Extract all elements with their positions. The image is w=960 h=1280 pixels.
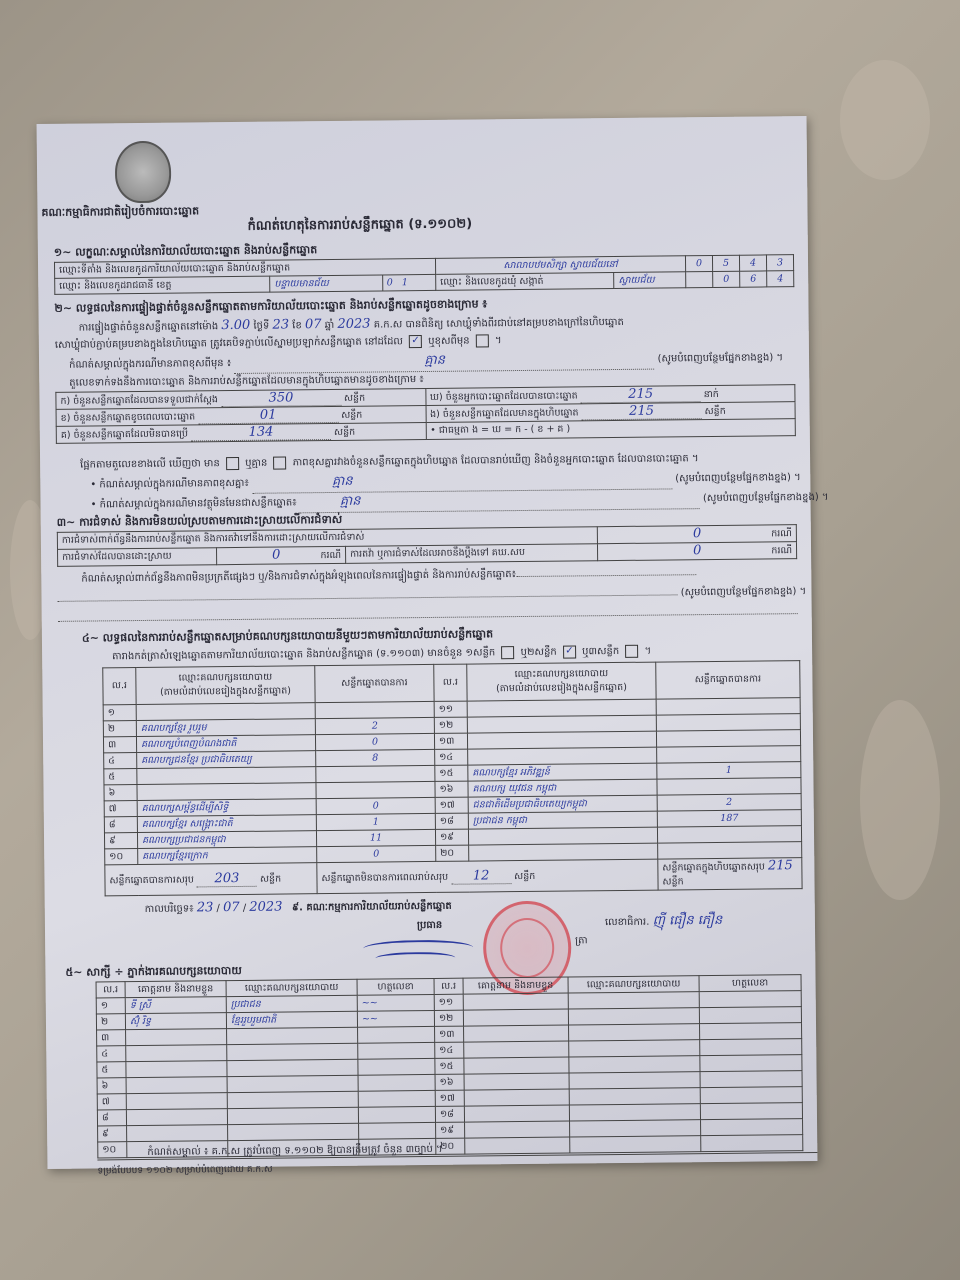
witness-name bbox=[126, 1093, 227, 1110]
row-number: ៨ bbox=[104, 817, 137, 833]
footer-form-line: ទម្រង់បែបបទ ១១០២ សម្រាប់បំពេញដោយ គ.ក.ស bbox=[97, 1164, 272, 1179]
row-number: ៤ bbox=[97, 1046, 126, 1062]
province-code: 0 1 bbox=[382, 274, 436, 291]
two-sheet-checkbox[interactable]: ✓ bbox=[563, 645, 576, 658]
row-number: ៧ bbox=[97, 1094, 126, 1110]
witness-party bbox=[570, 1120, 701, 1137]
province-name: បន្ទាយមានជ័យ bbox=[270, 275, 382, 292]
party-name: គណបក្សជនខ្មែរ ប្រជាធិបតេយ្យ bbox=[137, 751, 316, 769]
row-number: ៥ bbox=[104, 769, 137, 785]
total-valid: សន្លឹកឆ្នោតបានការសរុប 203 សន្លឹក bbox=[105, 863, 317, 896]
irregularity-note: កំណត់សម្គាល់ពាក់ព័ន្ធនឹងភាពមិនប្រក្រតីផ្… bbox=[81, 565, 696, 586]
row-number: ១១ bbox=[434, 701, 467, 717]
comparison-has-checkbox[interactable] bbox=[226, 456, 239, 469]
station-code-digit: 4 bbox=[739, 255, 766, 271]
party-name bbox=[137, 783, 316, 801]
valid-votes: 1 bbox=[316, 813, 435, 830]
valid-votes: 0 bbox=[317, 845, 436, 862]
witness-party bbox=[227, 1091, 358, 1108]
three-sheet-checkbox[interactable] bbox=[625, 644, 638, 657]
wall-stain bbox=[860, 700, 940, 900]
witness-signature bbox=[358, 1074, 435, 1091]
commune-code-digit: 4 bbox=[767, 271, 794, 287]
witness-party bbox=[227, 1043, 358, 1060]
row-number: ១០ bbox=[105, 849, 138, 865]
witness-name bbox=[464, 1073, 569, 1090]
election-form-paper: គណៈកម្មាធិការជាតិរៀបចំការបោះឆ្នោត កំណត់ហ… bbox=[37, 116, 818, 1169]
row-number: ១២ bbox=[434, 717, 467, 733]
party-name: គណបក្សខ្មែរក្រោក bbox=[138, 847, 317, 865]
wall-stain bbox=[840, 60, 930, 180]
one-sheet-checkbox[interactable] bbox=[501, 646, 514, 659]
row-number: ១៨ bbox=[435, 1106, 464, 1122]
count-unused: គ) ចំនួនសន្លឹកឆ្នោតដែលមិនបានប្រើ 134 សន្… bbox=[56, 423, 426, 444]
witness-name bbox=[126, 1109, 227, 1126]
row-number: ១៦ bbox=[435, 781, 468, 797]
row-number: ៥ bbox=[97, 1062, 126, 1078]
verify-day: 23 bbox=[272, 317, 289, 332]
witness-party: ខ្មែររួបរួមជាតិ bbox=[226, 1011, 357, 1028]
seal-same-checkbox[interactable]: ✓ bbox=[409, 335, 422, 348]
objection-resolved-value: 0 bbox=[272, 548, 280, 563]
witness-signature bbox=[700, 1055, 802, 1072]
commune-code-digit: 6 bbox=[740, 271, 767, 287]
witness-party bbox=[568, 992, 699, 1009]
witness-signature bbox=[358, 1106, 435, 1123]
row-number: ១១ bbox=[434, 994, 463, 1010]
party-name: គណបក្ស យុវជន កម្ពុជា bbox=[468, 779, 657, 797]
valid-votes bbox=[657, 778, 801, 796]
party-name: គណបក្សបំពេញបំណងជាតិ bbox=[136, 735, 315, 753]
party-name bbox=[467, 731, 656, 749]
row-number: ១ bbox=[103, 705, 136, 721]
party-name bbox=[467, 699, 656, 717]
objection-resolved-label: ការជំទាស់ដែលបានដោះស្រាយ bbox=[58, 548, 217, 567]
party-name: គណបក្សសម្ព័ន្ធដើម្បីសិទ្ធិ bbox=[137, 799, 316, 817]
witness-name bbox=[465, 1121, 570, 1138]
witness-signature bbox=[701, 1119, 803, 1136]
row-number: ១៤ bbox=[435, 1042, 464, 1058]
witness-signature bbox=[358, 1058, 435, 1075]
objection-total-value: 0 bbox=[693, 526, 701, 541]
witness-signature bbox=[359, 1122, 436, 1139]
note-nonballot-value: គ្មាន bbox=[340, 494, 361, 509]
row-number: ១៩ bbox=[435, 829, 468, 845]
witness-party bbox=[228, 1123, 359, 1140]
note-diff-value: គ្មាន bbox=[332, 474, 353, 489]
valid-votes: 1 bbox=[657, 762, 801, 780]
verify-month: 07 bbox=[305, 317, 322, 332]
witness-signature bbox=[700, 1103, 802, 1120]
province-label: ឈ្មោះ និងលេខកូដរាជធានី ខេត្ត bbox=[55, 276, 270, 294]
commune-label: ឈ្មោះ និងលេខកូដឃុំ សង្កាត់ bbox=[436, 273, 614, 291]
witness-name bbox=[464, 1041, 569, 1058]
witness-signature bbox=[699, 991, 801, 1008]
row-number: ៦ bbox=[104, 785, 137, 801]
seal-line: សោឃ្លុំជាប់ភ្ជាប់គម្របខាងក្នុងនៃហិបឆ្នោត… bbox=[55, 333, 502, 353]
row-number: ២ bbox=[96, 1014, 125, 1030]
row-number: ៩ bbox=[98, 1126, 127, 1142]
form-title: កំណត់ហេតុនៃការរាប់សន្លឹកឆ្នោត (ទ.១១០២) bbox=[248, 216, 473, 237]
seal-mark: ត្រា bbox=[575, 933, 588, 948]
row-number: ១៥ bbox=[435, 765, 468, 781]
station-code-digit: 0 bbox=[685, 255, 712, 271]
witness-name: ទី ស្រី bbox=[125, 997, 226, 1014]
station-code-digit: 3 bbox=[766, 255, 793, 271]
party-name: ជនជាតិដើមប្រជាធិបតេយ្យកម្ពុជា bbox=[468, 795, 657, 813]
row-number: ៣ bbox=[97, 1030, 126, 1046]
party-name bbox=[469, 843, 658, 861]
row-number: ២ bbox=[103, 721, 136, 737]
witness-name bbox=[126, 1045, 227, 1062]
witness-name bbox=[464, 1089, 569, 1106]
valid-votes: 0 bbox=[315, 733, 434, 750]
witness-party bbox=[570, 1136, 701, 1153]
sheet-count-line: តារាងកត់ត្រាសំឡេងឆ្នោតតាមការិយាល័យបោះឆ្ន… bbox=[112, 644, 651, 665]
valid-votes bbox=[315, 701, 434, 718]
witness-signature bbox=[701, 1135, 803, 1152]
witness-signature bbox=[700, 1087, 802, 1104]
witness-name bbox=[127, 1125, 228, 1142]
secretary-name: ញ៉ី ធឿន ភឿន bbox=[652, 913, 722, 929]
witness-name bbox=[464, 1025, 569, 1042]
secretary-line: លេខាធិការ. ញ៉ី ធឿន ភឿន bbox=[605, 912, 722, 932]
party-name: គណបក្សប្រជាជនកម្ពុជា bbox=[137, 831, 316, 849]
section1-table: ឈ្មោះទីតាំង និងលេខកូដការិយាល័យបោះឆ្នោត ន… bbox=[54, 254, 794, 295]
row-number: ១ bbox=[96, 998, 125, 1014]
witness-party bbox=[569, 1056, 700, 1073]
section4-heading: ៤~ លទ្ធផលនៃការរាប់សន្លឹកឆ្នោតសម្រាប់គណបក… bbox=[82, 627, 493, 647]
station-code-digit: 5 bbox=[712, 255, 739, 271]
witness-signature bbox=[358, 1026, 435, 1043]
party-name: គណបក្សខ្មែរ អភិវឌ្ឍន៍ bbox=[468, 763, 657, 781]
objection-appeal-label: ការតវ៉ា ឬការជំទាស់ដែលអាចនឹងប្តឹងទៅ គឃ.សប bbox=[345, 544, 597, 564]
party-name bbox=[467, 715, 656, 733]
witness-party bbox=[568, 1008, 699, 1025]
valid-votes bbox=[658, 842, 802, 860]
witness-party bbox=[227, 1027, 358, 1044]
valid-votes bbox=[657, 826, 801, 844]
seal-diff-checkbox[interactable] bbox=[476, 334, 489, 347]
valid-votes bbox=[316, 781, 435, 798]
comparison-none-checkbox[interactable] bbox=[273, 456, 286, 469]
row-number: ៨ bbox=[97, 1110, 126, 1126]
witness-name bbox=[126, 1061, 227, 1078]
date-line: កាលបរិច្ឆេទ៖ 23 / 07 / 2023 ៩. គណៈកម្មកា… bbox=[145, 898, 452, 917]
witness-name bbox=[463, 993, 568, 1010]
valid-votes bbox=[656, 698, 800, 716]
row-number: ២០ bbox=[436, 845, 469, 861]
witness-party bbox=[569, 1088, 700, 1105]
row-number: ១៥ bbox=[435, 1058, 464, 1074]
valid-votes: 11 bbox=[316, 829, 435, 846]
witness-table: ល.រ គោត្តនាម និងនាមខ្លួន ឈ្មោះគណបក្សនយោប… bbox=[96, 974, 804, 1158]
witness-signature bbox=[358, 1090, 435, 1107]
witness-name bbox=[464, 1105, 569, 1122]
valid-votes bbox=[316, 765, 435, 782]
witness-party bbox=[569, 1072, 700, 1089]
witness-signature bbox=[358, 1042, 435, 1059]
witness-party bbox=[227, 1059, 358, 1076]
party-name bbox=[468, 747, 657, 765]
row-number: ១៤ bbox=[435, 749, 468, 765]
organization-name: គណៈកម្មាធិការជាតិរៀបចំការបោះឆ្នោត bbox=[41, 204, 199, 222]
party-name: គណបក្សខ្មែរ រួបរួម bbox=[136, 719, 315, 737]
row-number: ១៩ bbox=[436, 1122, 465, 1138]
row-number: ១២ bbox=[434, 1010, 463, 1026]
row-number: ១៦ bbox=[435, 1074, 464, 1090]
witness-signature: ~~ bbox=[357, 1010, 434, 1027]
results-table: ល.រ ឈ្មោះគណបក្សនយោបាយ(តាមលំដាប់លេខរៀងក្ន… bbox=[102, 660, 802, 896]
row-number: ៩ bbox=[104, 833, 137, 849]
witness-party: ប្រជាជន bbox=[226, 995, 357, 1012]
valid-votes bbox=[656, 730, 800, 748]
party-name: ប្រជាជន កម្ពុជា bbox=[468, 811, 657, 829]
witness-name: ស៊ុំ រិទ្ធ bbox=[125, 1013, 226, 1030]
row-number: ៤ bbox=[104, 753, 137, 769]
witness-signature: ~~ bbox=[357, 994, 434, 1011]
witness-signature bbox=[700, 1039, 802, 1056]
count-formula: • ជាធម្មតា ង = ឃ = ក - ( ខ + គ ) bbox=[426, 419, 796, 440]
counts-table: ក) ចំនួនសន្លឹកឆ្នោតដែលបានទទួលជាក់ស្តែង 3… bbox=[55, 384, 796, 444]
witness-name bbox=[126, 1077, 227, 1094]
valid-votes: 0 bbox=[316, 797, 435, 814]
party-name: គណបក្សខ្មែរ សង្គ្រោះជាតិ bbox=[137, 815, 316, 833]
row-number: ៧ bbox=[104, 801, 137, 817]
row-number: ១៨ bbox=[435, 813, 468, 829]
witness-name bbox=[463, 1009, 568, 1026]
objections-table: ការជំទាស់ពាក់ព័ន្ធនឹងការរាប់សន្លឹកឆ្នោត … bbox=[57, 524, 797, 567]
witness-name bbox=[465, 1137, 570, 1154]
valid-votes bbox=[656, 714, 800, 732]
valid-votes bbox=[657, 746, 801, 764]
witness-name bbox=[464, 1057, 569, 1074]
row-number: ១៣ bbox=[435, 1026, 464, 1042]
emblem-icon bbox=[115, 141, 172, 204]
row-number: ៣ bbox=[103, 737, 136, 753]
commune-name: ស្វាយជ័យ bbox=[614, 272, 686, 289]
party-name bbox=[137, 767, 316, 785]
diff-note-line: កំណត់សម្គាល់ក្នុងករណីមានភាពខុសពីមុន ៖ គ្… bbox=[69, 348, 783, 375]
total-invalid: សន្លឹកឆ្នោតមិនបានការពេលរាប់សរុប 12 សន្លឹ… bbox=[317, 859, 658, 894]
witness-signature bbox=[700, 1023, 802, 1040]
witness-party bbox=[227, 1075, 358, 1092]
chair-signature bbox=[375, 952, 455, 965]
valid-votes: 187 bbox=[657, 810, 801, 828]
row-number: ១៧ bbox=[435, 1090, 464, 1106]
valid-votes: 2 bbox=[657, 794, 801, 812]
commune-code-digit: 0 bbox=[713, 271, 740, 287]
row-number: ៦ bbox=[97, 1078, 126, 1094]
section5-heading: ៥~ សាក្សី ÷ ភ្នាក់ងារគណបក្សនយោបាយ bbox=[65, 964, 242, 982]
total-in-box: សន្លឹកឆ្នោតក្នុងហិបឆ្នោតសរុប 215 សន្លឹក bbox=[658, 858, 802, 891]
party-name bbox=[468, 827, 657, 845]
chair-label: ប្រធាន bbox=[417, 918, 442, 933]
witness-party bbox=[569, 1104, 700, 1121]
diff-note-value: គ្មាន bbox=[424, 353, 445, 368]
verify-time-line: ការផ្ទៀងផ្ទាត់ចំនួនសន្លឹកឆ្នោតនៅម៉ោង 3.0… bbox=[79, 314, 624, 336]
verify-time: 3.00 bbox=[221, 318, 250, 333]
row-number: ១៣ bbox=[434, 733, 467, 749]
witness-signature bbox=[699, 1007, 801, 1024]
verify-year: 2023 bbox=[337, 317, 370, 332]
objection-appeal-value: 0 bbox=[693, 543, 701, 558]
witness-name bbox=[126, 1029, 227, 1046]
witness-party bbox=[569, 1024, 700, 1041]
valid-votes: 2 bbox=[315, 717, 434, 734]
section2-heading: ២~ លទ្ធផលនៃការផ្ទៀងផ្ទាត់ចំនួនសន្លឹកឆ្នោ… bbox=[54, 297, 487, 318]
witness-party bbox=[227, 1107, 358, 1124]
witness-party bbox=[569, 1040, 700, 1057]
valid-votes: 8 bbox=[316, 749, 435, 766]
row-number: ១០ bbox=[98, 1142, 127, 1158]
party-name bbox=[136, 703, 315, 721]
witness-signature bbox=[700, 1071, 802, 1088]
row-number: ១៧ bbox=[435, 797, 468, 813]
